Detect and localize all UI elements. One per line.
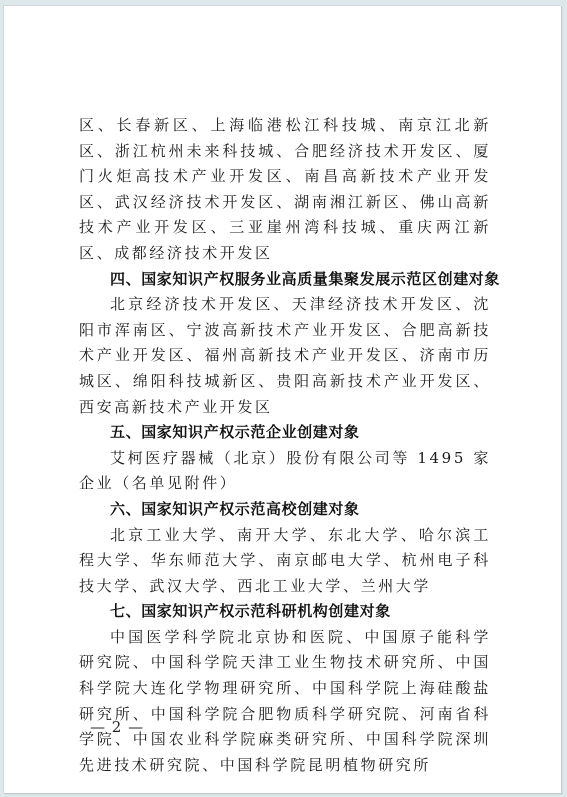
document-page: 区、长春新区、上海临港松江科技城、南京江北新区、浙江杭州未来科技城、合肥经济技术… (3, 5, 561, 793)
section-body-demo-university: 北京工业大学、南开大学、东北大学、哈尔滨工程大学、华东师范大学、南京邮电大学、杭… (79, 523, 491, 600)
section-heading-demo-research-institute: 七、国家知识产权示范科研机构创建对象 (79, 599, 491, 625)
continuation-paragraph: 区、长春新区、上海临港松江科技城、南京江北新区、浙江杭州未来科技城、合肥经济技术… (79, 113, 491, 267)
document-content: 区、长春新区、上海临港松江科技城、南京江北新区、浙江杭州未来科技城、合肥经济技术… (79, 113, 491, 778)
section-body-demo-enterprise: 艾柯医疗器械（北京）股份有限公司等 1495 家企业（名单见附件） (79, 446, 491, 497)
section-heading-demo-zone: 四、国家知识产权服务业高质量集聚发展示范区创建对象 (79, 267, 491, 293)
section-body-demo-zone: 北京经济技术开发区、天津经济技术开发区、沈阳市浑南区、宁波高新技术产业开发区、合… (79, 292, 491, 420)
page-number: — 2 — (90, 718, 144, 736)
section-heading-demo-enterprise: 五、国家知识产权示范企业创建对象 (79, 420, 491, 446)
section-heading-demo-university: 六、国家知识产权示范高校创建对象 (79, 497, 491, 523)
section-body-demo-research-institute: 中国医学科学院北京协和医院、中国原子能科学研究院、中国科学院天津工业生物技术研究… (79, 625, 491, 779)
